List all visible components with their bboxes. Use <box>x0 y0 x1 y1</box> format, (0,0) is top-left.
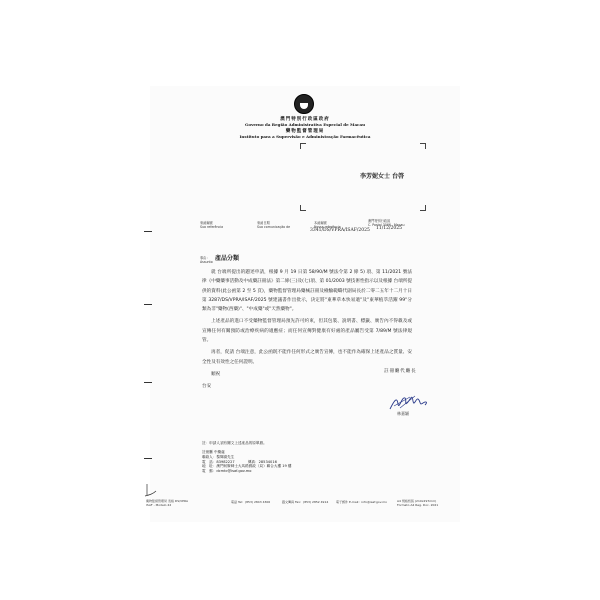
letter-page: 澳門特別行政區政府 Governo da Região Administrati… <box>150 86 460 522</box>
footer-tel: 電話 Tel：(853) 2843 4306 <box>231 500 270 504</box>
macau-sar-emblem-icon <box>294 94 314 114</box>
fold-mark <box>144 231 152 232</box>
subject-title: 產品分類 <box>215 253 239 262</box>
dept-name-pt: Instituto para a Supervisão e Administra… <box>150 134 460 139</box>
contact-fax: 傳真：28534016 <box>248 460 277 464</box>
pen-mark-icon <box>144 483 158 499</box>
address-window-corner-bl <box>300 205 306 211</box>
addressee: 李芳妮女士 台啓 <box>360 171 404 180</box>
letter-body: 就 台端所提出的題述申請，根據 9 月 19 日第 58/90/M 號法令第 2… <box>202 268 412 395</box>
contact-block: 註冊廳 中藥處 聯絡人：黎輝鴻先生 電 話：83982227 傳真：285340… <box>202 450 292 474</box>
address-window-corner-tl <box>300 143 306 149</box>
closing-line1: 順祝 <box>202 370 412 379</box>
body-paragraph: 再者，促請 台端注意，此公函既不能作任何形式之廣告宣傳，也不能作為確保上述產品之… <box>202 348 412 367</box>
gov-name-pt: Governo da Região Administrativa Especia… <box>150 122 460 127</box>
address-window-corner-tr <box>420 143 426 149</box>
ref-sua-comunicacao: 來函日期 Sua comunicação de <box>257 221 290 229</box>
ref-label-pt: Sua referência <box>200 225 223 229</box>
body-paragraph: 上述產品的進口不受藥物監督管理局預先許可約束，但其包裝、說明書、標籤、廣告內不得… <box>202 317 412 345</box>
ref-number: 3341/DS/VPRA/ISAF/2025 <box>310 229 370 233</box>
fold-mark <box>144 304 152 305</box>
footer-paper-pt: Formato A4 Reg. Doc. 2021 <box>397 503 438 507</box>
note-text: 註：申請人須有關文上述產品的原單據。 <box>202 441 267 446</box>
fold-mark <box>144 382 152 383</box>
closing-line2: 台安 <box>202 382 412 391</box>
signer-title: 註冊廳代廳長 <box>384 368 416 374</box>
ref-label-pt: Sua comunicação de <box>257 225 290 229</box>
footer-email: 電子郵件 E-mail：info@isaf.gov.mo <box>336 500 387 504</box>
ref-date-place: 澳門特別行政區 C. Postal 3066 - Macau 11/12/202… <box>368 219 405 231</box>
signer-name: 林嘉穎 <box>397 411 409 417</box>
contact-phone: 電 話：83982227 <box>202 460 235 464</box>
footer-fax: 圖文傳真 Fax：(853) 2852 4914 <box>282 500 328 504</box>
subject-label-pt: Assunto <box>200 260 213 264</box>
ref-sua-referencia: 來函編號 Sua referência <box>200 221 223 229</box>
footer-paper: A4 規格紙張 (210x297mm) Formato A4 Reg. Doc.… <box>397 499 438 507</box>
handwritten-signature-icon <box>388 392 430 412</box>
footer-form: 藥物監督管理局 表格 DS/VPRA ISAF - Modelo 42 <box>146 499 188 507</box>
ref-date: 11/12/2025 <box>376 227 405 231</box>
footer-form-pt: ISAF - Modelo 42 <box>146 503 188 507</box>
contact-email: 電 郵：dcmtc@isaf.gov.mo <box>202 469 292 474</box>
fold-mark <box>144 458 152 459</box>
subject-label: 事由： Assunto <box>200 256 213 264</box>
ref-nossa-referencia: 本函編號 Nossa referência 3341/DS/VPRA/ISAF/… <box>314 221 370 233</box>
address-window-corner-br <box>420 205 426 211</box>
body-paragraph: 就 台端所提出的題述申請，根據 9 月 19 日第 58/90/M 號法令第 2… <box>202 268 412 314</box>
